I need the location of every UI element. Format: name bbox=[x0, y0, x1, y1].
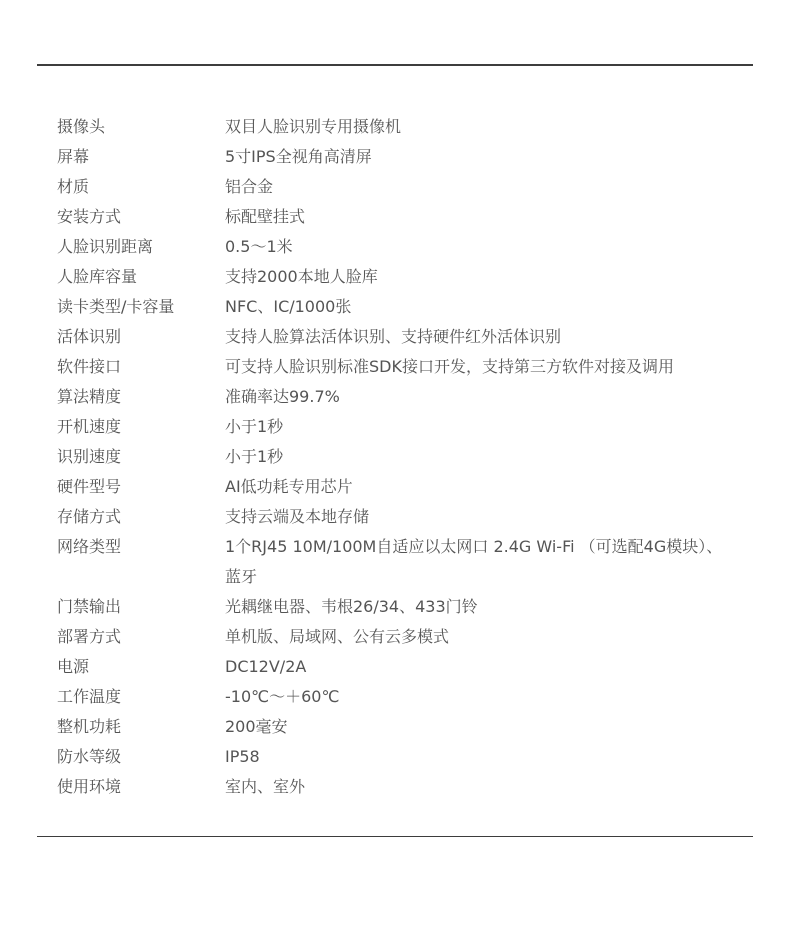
spec-label: 安装方式 bbox=[57, 202, 225, 232]
spec-row: 材质 铝合金 bbox=[57, 172, 753, 202]
spec-row: 硬件型号 AI低功耗专用芯片 bbox=[57, 472, 753, 502]
spec-label: 使用环境 bbox=[57, 772, 225, 802]
spec-row: 使用环境 室内、室外 bbox=[57, 772, 753, 802]
spec-value: DC12V/2A bbox=[225, 652, 753, 682]
spec-label: 活体识别 bbox=[57, 322, 225, 352]
spec-row: 识别速度 小于1秒 bbox=[57, 442, 753, 472]
spec-label: 防水等级 bbox=[57, 742, 225, 772]
spec-value: 1个RJ45 10M/100M自适应以太网口 2.4G Wi-Fi （可选配4G… bbox=[225, 532, 753, 592]
spec-row: 整机功耗 200毫安 bbox=[57, 712, 753, 742]
spec-row: 读卡类型/卡容量 NFC、IC/1000张 bbox=[57, 292, 753, 322]
spec-row: 人脸识别距离 0.5～1米 bbox=[57, 232, 753, 262]
spec-row: 防水等级 IP58 bbox=[57, 742, 753, 772]
spec-label: 网络类型 bbox=[57, 532, 225, 562]
spec-value: -10℃～＋60℃ bbox=[225, 682, 753, 712]
spec-value: 5寸IPS全视角高清屏 bbox=[225, 142, 753, 172]
spec-label: 算法精度 bbox=[57, 382, 225, 412]
spec-row: 算法精度 准确率达99.7% bbox=[57, 382, 753, 412]
spec-row: 摄像头 双目人脸识别专用摄像机 bbox=[57, 112, 753, 142]
spec-value: NFC、IC/1000张 bbox=[225, 292, 753, 322]
spec-label: 屏幕 bbox=[57, 142, 225, 172]
spec-value: 室内、室外 bbox=[225, 772, 753, 802]
spec-label: 软件接口 bbox=[57, 352, 225, 382]
spec-label: 门禁输出 bbox=[57, 592, 225, 622]
spec-row: 门禁输出 光耦继电器、韦根26/34、433门铃 bbox=[57, 592, 753, 622]
spec-row: 网络类型 1个RJ45 10M/100M自适应以太网口 2.4G Wi-Fi （… bbox=[57, 532, 753, 592]
spec-label: 整机功耗 bbox=[57, 712, 225, 742]
spec-value: 铝合金 bbox=[225, 172, 753, 202]
spec-value: 准确率达99.7% bbox=[225, 382, 753, 412]
spec-value: 双目人脸识别专用摄像机 bbox=[225, 112, 753, 142]
spec-label: 硬件型号 bbox=[57, 472, 225, 502]
spec-label: 电源 bbox=[57, 652, 225, 682]
bottom-divider bbox=[37, 836, 753, 838]
spec-label: 读卡类型/卡容量 bbox=[57, 292, 225, 322]
spec-row: 软件接口 可支持人脸识别标准SDK接口开发，支持第三方软件对接及调用 bbox=[57, 352, 753, 382]
spec-value: 支持云端及本地存储 bbox=[225, 502, 753, 532]
spec-label: 识别速度 bbox=[57, 442, 225, 472]
spec-row: 人脸库容量 支持2000本地人脸库 bbox=[57, 262, 753, 292]
spec-value: 200毫安 bbox=[225, 712, 753, 742]
spec-value: 单机版、局域网、公有云多模式 bbox=[225, 622, 753, 652]
spec-value: 标配壁挂式 bbox=[225, 202, 753, 232]
spec-row: 开机速度 小于1秒 bbox=[57, 412, 753, 442]
spec-row: 存储方式 支持云端及本地存储 bbox=[57, 502, 753, 532]
spec-sheet: 摄像头 双目人脸识别专用摄像机 屏幕 5寸IPS全视角高清屏 材质 铝合金 安装… bbox=[37, 64, 753, 837]
spec-label: 工作温度 bbox=[57, 682, 225, 712]
spec-label: 人脸库容量 bbox=[57, 262, 225, 292]
spec-row: 安装方式 标配壁挂式 bbox=[57, 202, 753, 232]
spec-value: 小于1秒 bbox=[225, 412, 753, 442]
spec-label: 材质 bbox=[57, 172, 225, 202]
spec-row: 工作温度 -10℃～＋60℃ bbox=[57, 682, 753, 712]
spec-row: 屏幕 5寸IPS全视角高清屏 bbox=[57, 142, 753, 172]
spec-label: 存储方式 bbox=[57, 502, 225, 532]
spec-value: 小于1秒 bbox=[225, 442, 753, 472]
spec-row: 活体识别 支持人脸算法活体识别、支持硬件红外活体识别 bbox=[57, 322, 753, 352]
spec-label: 部署方式 bbox=[57, 622, 225, 652]
spec-value: IP58 bbox=[225, 742, 753, 772]
spec-label: 开机速度 bbox=[57, 412, 225, 442]
spec-value: 0.5～1米 bbox=[225, 232, 753, 262]
spec-value: AI低功耗专用芯片 bbox=[225, 472, 753, 502]
spec-value: 光耦继电器、韦根26/34、433门铃 bbox=[225, 592, 753, 622]
spec-row: 电源 DC12V/2A bbox=[57, 652, 753, 682]
spec-label: 摄像头 bbox=[57, 112, 225, 142]
spec-value: 可支持人脸识别标准SDK接口开发，支持第三方软件对接及调用 bbox=[225, 352, 753, 382]
spec-table: 摄像头 双目人脸识别专用摄像机 屏幕 5寸IPS全视角高清屏 材质 铝合金 安装… bbox=[37, 66, 753, 836]
spec-value: 支持人脸算法活体识别、支持硬件红外活体识别 bbox=[225, 322, 753, 352]
spec-label: 人脸识别距离 bbox=[57, 232, 225, 262]
spec-row: 部署方式 单机版、局域网、公有云多模式 bbox=[57, 622, 753, 652]
spec-value: 支持2000本地人脸库 bbox=[225, 262, 753, 292]
